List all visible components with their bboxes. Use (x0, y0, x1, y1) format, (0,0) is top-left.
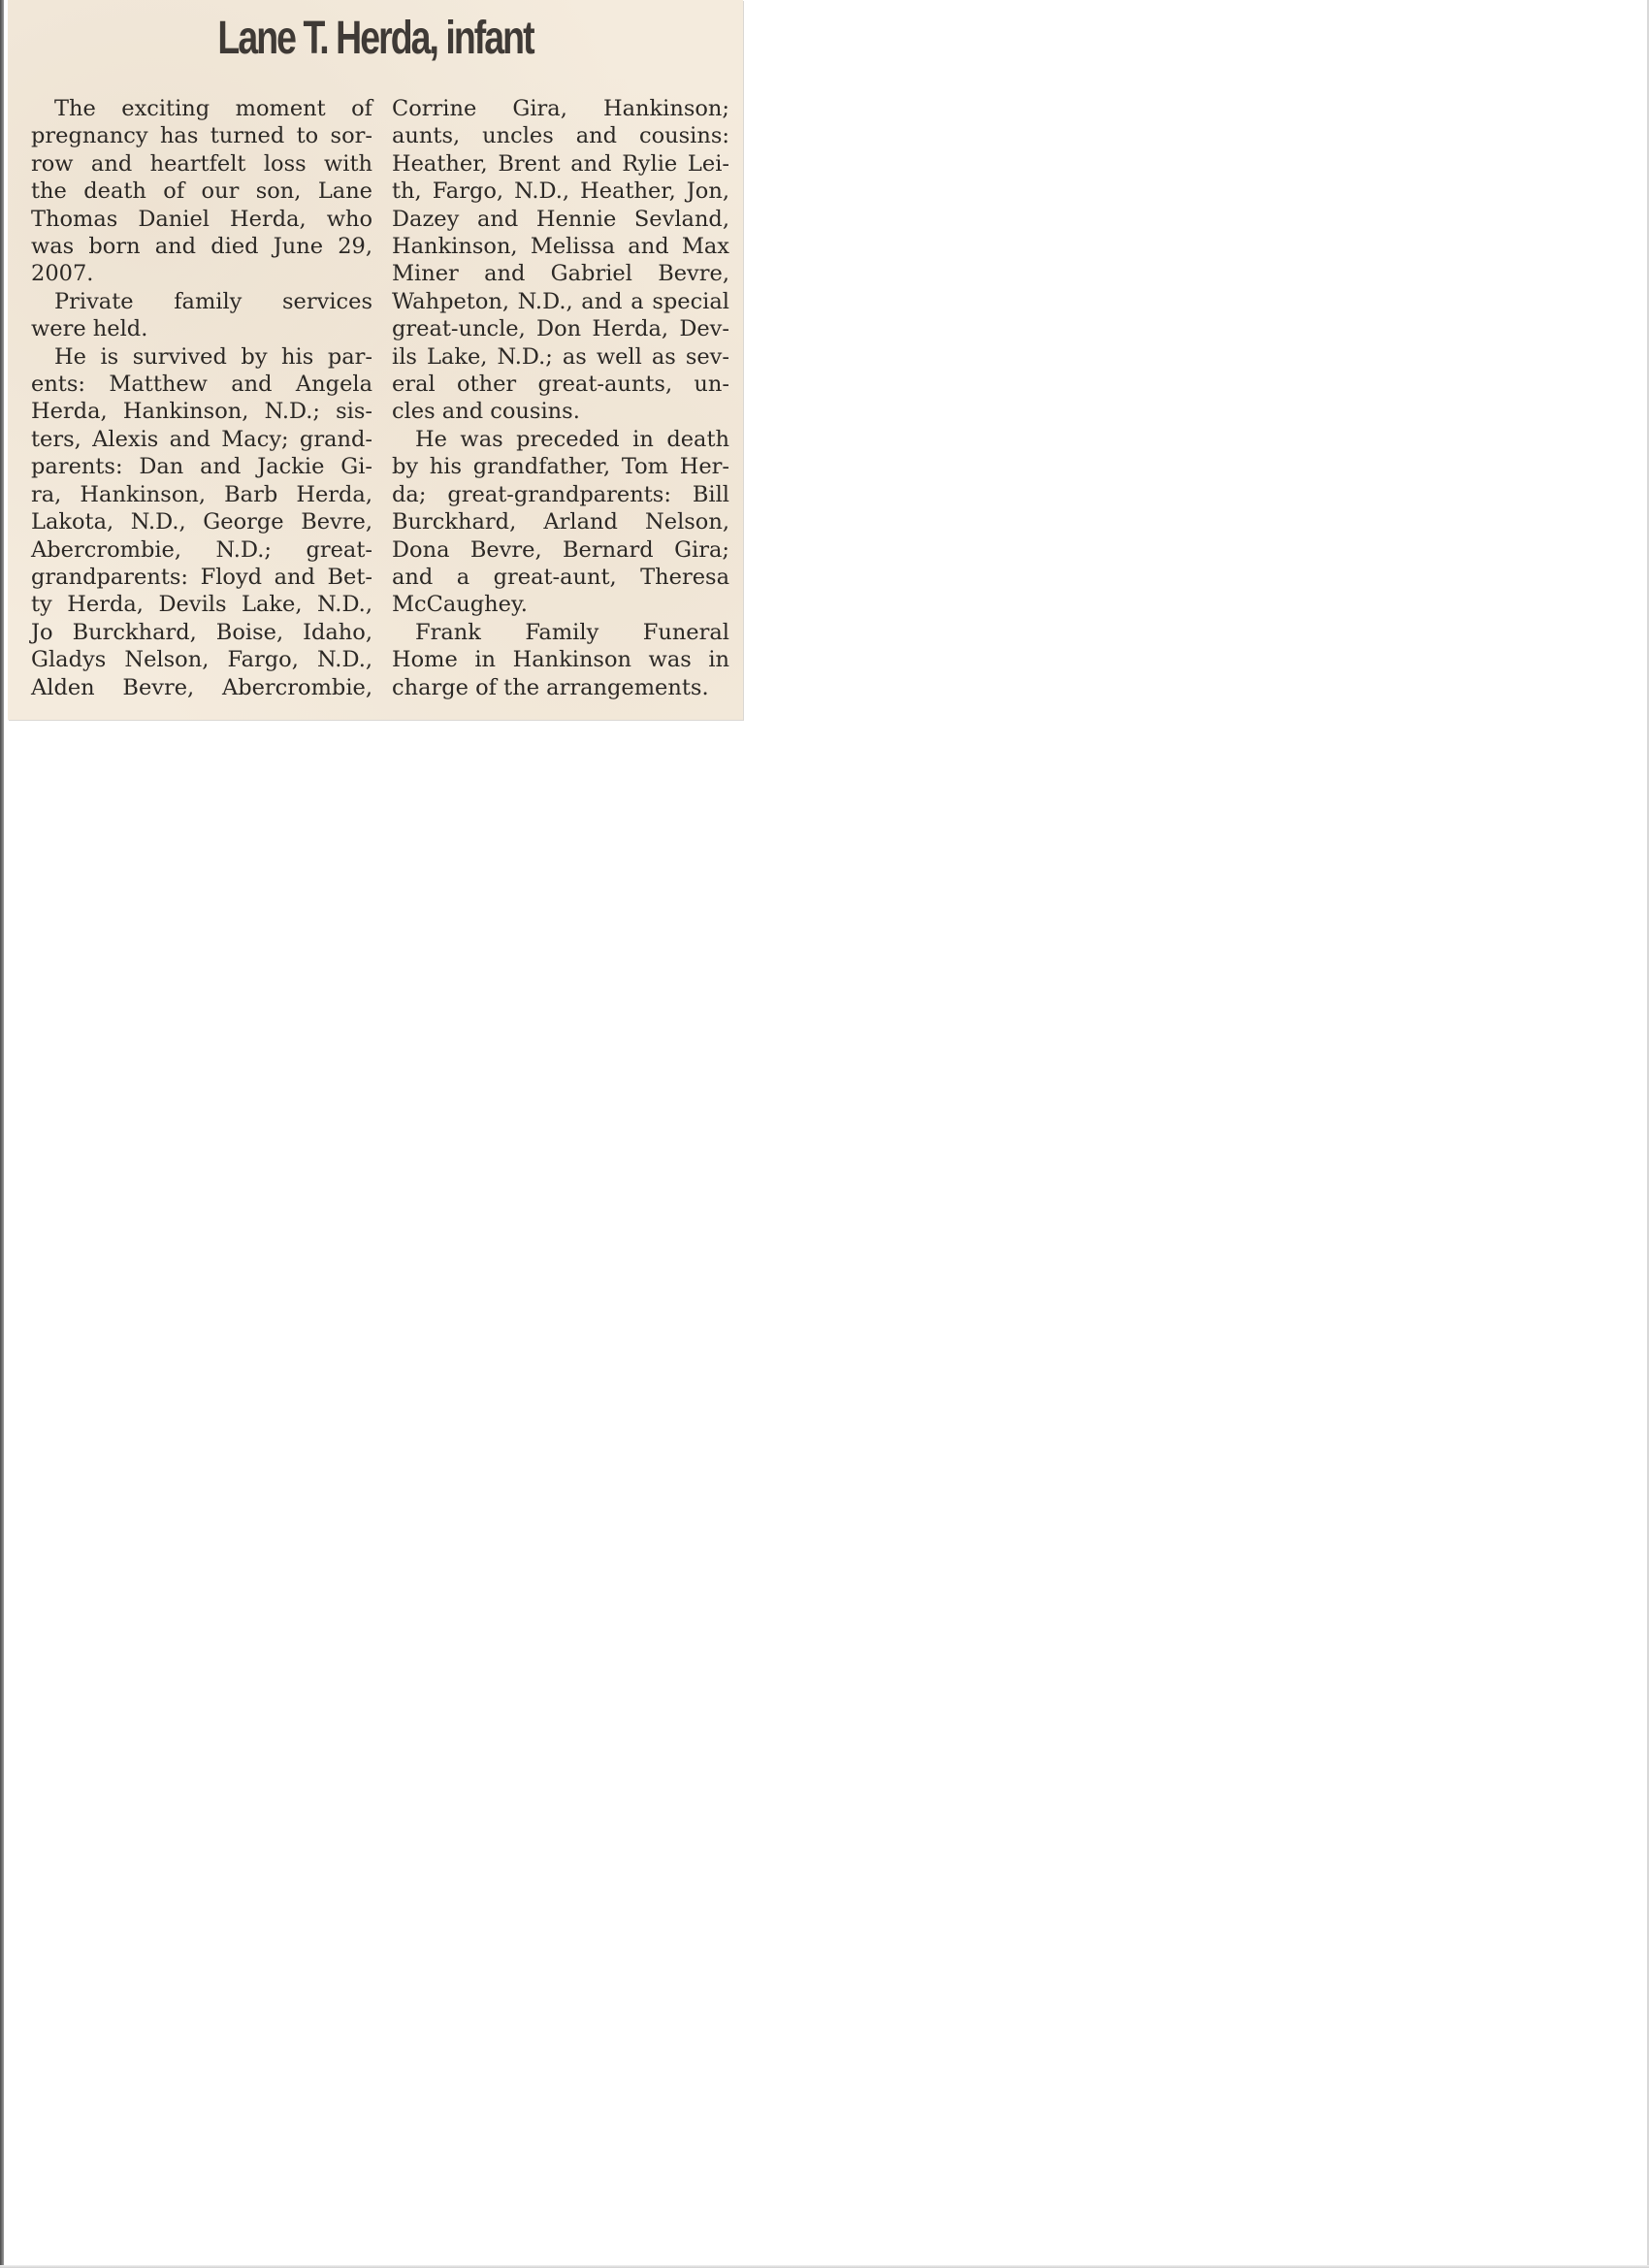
text-line: Private family services (31, 288, 372, 315)
text-line: Corrine Gira, Hankinson; (392, 95, 729, 122)
text-line: th, Fargo, N.D., Heather, Jon, (392, 178, 729, 205)
text-line: great-uncle, Don Herda, Dev- (392, 315, 729, 342)
text-line: ils Lake, N.D.; as well as sev- (392, 343, 729, 371)
text-line: the death of our son, Lane (31, 178, 372, 205)
text-line: by his grandfather, Tom Her- (392, 453, 729, 480)
text-line: He is survived by his par- (31, 343, 372, 371)
text-line: Hankinson, Melissa and Max (392, 233, 729, 260)
text-line: charge of the arrangements. (392, 674, 729, 701)
text-line: Dazey and Hennie Sevland, (392, 206, 729, 233)
text-line: ty Herda, Devils Lake, N.D., (31, 591, 372, 618)
text-line: Gladys Nelson, Fargo, N.D., (31, 646, 372, 673)
text-line: Lakota, N.D., George Bevre, (31, 508, 372, 535)
text-line: Miner and Gabriel Bevre, (392, 260, 729, 287)
text-line: parents: Dan and Jackie Gi- (31, 453, 372, 480)
text-line: Abercrombie, N.D.; great- (31, 536, 372, 564)
text-line: Frank Family Funeral (392, 619, 729, 646)
text-column-right: Corrine Gira, Hankinson;aunts, uncles an… (392, 95, 729, 701)
text-line: row and heartfelt loss with (31, 150, 372, 178)
text-line: He was preceded in death (392, 426, 729, 453)
text-line: Home in Hankinson was in (392, 646, 729, 673)
newspaper-clipping: Lane T. Herda, infant The exciting momen… (8, 0, 743, 720)
text-line: Burckhard, Arland Nelson, (392, 508, 729, 535)
text-line: Thomas Daniel Herda, who (31, 206, 372, 233)
text-line: ra, Hankinson, Barb Herda, (31, 481, 372, 508)
text-line: ters, Alexis and Macy; grand- (31, 426, 372, 453)
text-line: Jo Burckhard, Boise, Idaho, (31, 619, 372, 646)
text-line: Herda, Hankinson, N.D.; sis- (31, 398, 372, 425)
text-line: was born and died June 29, (31, 233, 372, 260)
text-column-left: The exciting moment ofpregnancy has turn… (31, 95, 372, 701)
scan-border-left (0, 0, 4, 2268)
text-line: Wahpeton, N.D., and a special (392, 288, 729, 315)
text-line: cles and cousins. (392, 398, 729, 425)
text-line: Dona Bevre, Bernard Gira; (392, 536, 729, 564)
text-line: Heather, Brent and Rylie Lei- (392, 150, 729, 178)
text-line: pregnancy has turned to sor- (31, 122, 372, 149)
text-line: were held. (31, 315, 372, 342)
text-line: McCaughey. (392, 591, 729, 618)
obituary-headline: Lane T. Herda, infant (88, 12, 662, 66)
text-line: grandparents: Floyd and Bet- (31, 564, 372, 591)
text-line: The exciting moment of (31, 95, 372, 122)
text-line: Alden Bevre, Abercrombie, (31, 674, 372, 701)
text-line: 2007. (31, 260, 372, 287)
text-line: eral other great-aunts, un- (392, 371, 729, 398)
text-line: and a great-aunt, Theresa (392, 564, 729, 591)
text-line: ents: Matthew and Angela (31, 371, 372, 398)
text-line: da; great-grandparents: Bill (392, 481, 729, 508)
text-line: aunts, uncles and cousins: (392, 122, 729, 149)
